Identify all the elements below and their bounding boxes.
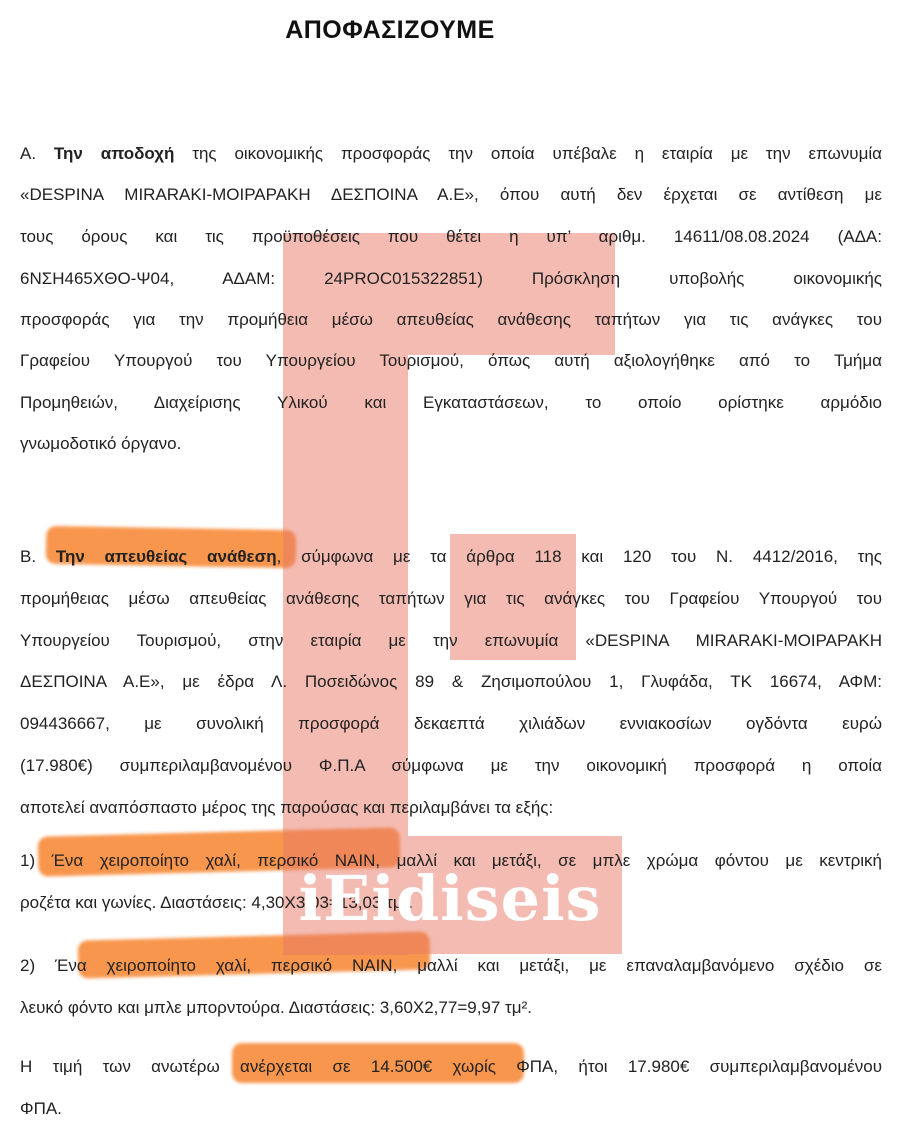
section-a-line: «DESPINA MIRARAKI-ΜΟΙΡΑΡΑΚΗ ΔΕΣΠΟΙΝΑ Α.Ε… [20,184,882,206]
section-a-line: Προμηθειών, Διαχείρισης Υλικού και Εγκατ… [20,392,882,414]
price-line-2: ΦΠΑ. [20,1098,882,1120]
section-a-line: Γραφείου Υπουργού του Υπουργείου Τουρισμ… [20,350,882,372]
watermark-brand-text: iEidiseis [290,862,610,935]
section-b-line: αποτελεί αναπόσπαστο μέρος της παρούσας … [20,797,882,819]
section-b-line: (17.980€) συμπεριλαμβανομένου Φ.Π.Α σύμφ… [20,755,882,777]
item-2-line-2: λευκό φόντο και μπλε μπορντούρα. Διαστάσ… [20,997,882,1019]
section-b-line: 094436667, με συνολική προσφορά δεκαεπτά… [20,713,882,735]
item-2-line-1: 2) Ένα χειροποίητο χαλί, περσικό ΝΑΙΝ, μ… [20,955,882,977]
document-page: iEidiseis ΑΠΟΦΑΣΙΖΟΥΜΕ Α. Την αποδοχή τη… [0,0,900,1135]
section-a-heading: Την αποδοχή [54,144,174,163]
section-a-line: τους όρους και τις προϋποθέσεις που θέτε… [20,226,882,248]
section-a-line: Α. Την αποδοχή της οικονομικής προσφοράς… [20,143,882,165]
section-a-line: 6ΝΣΗ465ΧΘΟ-Ψ04, ΑΔΑΜ: 24PROC015322851) Π… [20,268,882,290]
price-line-1: Η τιμή των ανωτέρω ανέρχεται σε 14.500€ … [20,1056,882,1078]
watermark-shape-top [283,233,615,355]
section-a-line: προσφοράς για την προμήθεια μέσω απευθεί… [20,309,882,331]
section-a-line: γνωμοδοτικό όργανο. [20,433,882,455]
section-b-line: Υπουργείου Τουρισμού, στην εταιρία με τη… [20,630,882,652]
section-b-heading: Την απευθείας ανάθεση [56,547,277,566]
section-b-line: Β. Την απευθείας ανάθεση, σύμφωνα με τα … [20,546,882,568]
section-b-line: ΔΕΣΠΟΙΝΑ Α.Ε», με έδρα Λ. Ποσειδώνος 89 … [20,671,882,693]
section-b-line: προμήθειας μέσω απευθείας ανάθεσης ταπήτ… [20,588,882,610]
decision-title: ΑΠΟΦΑΣΙΖΟΥΜΕ [0,16,780,45]
